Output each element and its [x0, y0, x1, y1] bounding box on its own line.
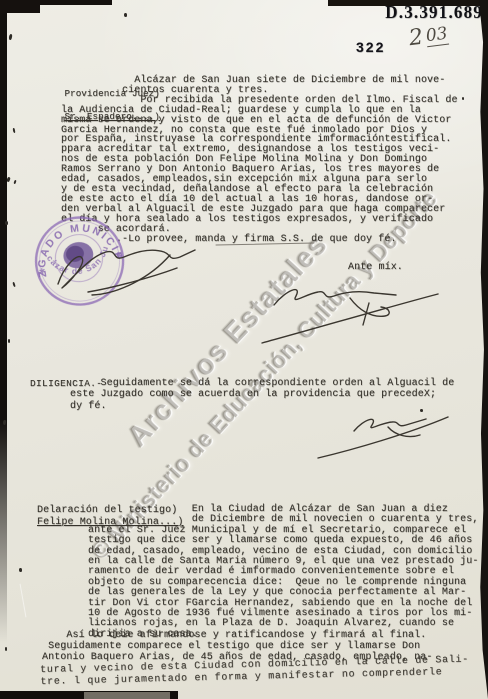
declaracion-text: En la Ciudad de Alcázar de San Juan a di…	[88, 505, 478, 640]
municipal-round-stamp: JUZGADO MUNICIPAL Alcázar de San Juan ✱ …	[0, 181, 160, 346]
ink-speck	[13, 128, 16, 133]
handwritten-folio-number: 203	[408, 22, 449, 52]
ink-speck	[462, 97, 464, 100]
scan-edge-left	[0, 0, 7, 699]
ink-speck	[5, 221, 8, 225]
ink-speck	[19, 568, 22, 572]
page-number-stamp: 322	[356, 39, 385, 55]
ink-speck	[6, 177, 11, 183]
ink-speck	[8, 34, 12, 41]
ink-speck	[124, 13, 127, 17]
scan-edge-top-right	[328, 0, 488, 6]
secretary-signature	[262, 290, 438, 343]
ante-mi-label: Ante míx.	[348, 262, 403, 273]
folio-digits-underlined: 03	[425, 24, 449, 47]
ink-speck	[13, 180, 16, 184]
diligencia-text: Seguidamente se dá la correspondiente or…	[70, 378, 454, 412]
diligencia-signature	[318, 417, 448, 458]
ink-speck	[420, 409, 423, 412]
ink-speck	[5, 647, 7, 651]
paper-crease	[20, 584, 27, 618]
ink-speck	[8, 339, 10, 343]
scanned-document-page: Archivos Estatales © Ministerio de Educa…	[0, 0, 488, 699]
folio-digit: 2	[408, 25, 425, 52]
scan-edge-top-left-corner	[0, 0, 40, 13]
scan-edge-right	[479, 0, 488, 699]
scan-edge-bottom-patch	[84, 692, 170, 699]
